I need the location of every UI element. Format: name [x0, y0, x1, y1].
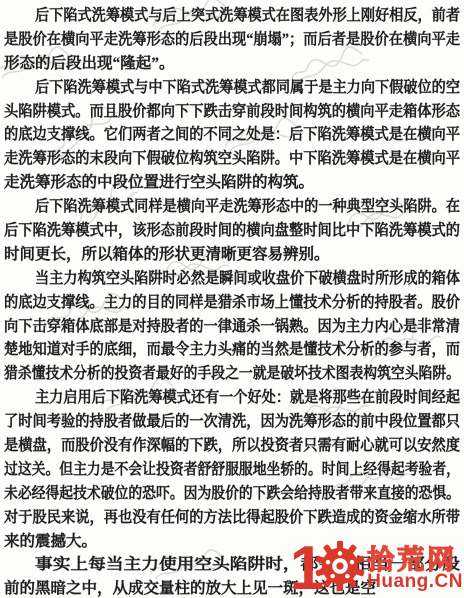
text-line: 向下击穿箱体底部是对持股者的一律通杀一锅熟。因为主力内心是非常清	[4, 315, 460, 339]
text-line: 猎杀懂技术分析的投资者最好的手段之一就是破坏技术图表构筑空头陷阱。	[4, 362, 460, 386]
text-line: 形态的后段出现“隆起”。	[4, 52, 460, 76]
paragraph: 主力启用后下陷洗筹模式还有一个好处：就是将那些在前段时间经起了时间考验的持股者做…	[4, 386, 460, 553]
gear-icon	[314, 540, 366, 597]
text-line: 主力启用后下陷洗筹模式还有一个好处：就是将那些在前段时间经起	[4, 386, 460, 410]
text-line: 的底边支撑线。它们两者之间的不同之处是：后下陷洗筹模式是在横向平	[4, 123, 460, 147]
paragraph: 后下陷式洗筹模式与后上突式洗筹模式在图表外形上刚好相反，前者是股价在横向平走洗筹…	[4, 4, 460, 76]
text-line: 后下陷式洗筹模式与后上突式洗筹模式在图表外形上刚好相反，前者	[4, 4, 460, 28]
text-line: 走洗筹形态的末段向下假破位构筑空头陷阱。中下陷洗筹模式是在横向平	[4, 147, 460, 171]
text-line: 的底边支撑线。主力的目的同样是猎杀市场上懂技术分析的持股者。股价	[4, 291, 460, 315]
text-line: 走洗筹形态的中段位置进行空头陷阱的构筑。	[4, 171, 460, 195]
text-line: 楚地知道对手的底细，而最令主力头痛的当然是懂技术分析的参与者，而	[4, 338, 460, 362]
paragraph: 后下陷洗筹模式同样是横向平走洗筹形态中的一种典型空头陷阱。在后下陷洗筹模式中，该…	[4, 195, 460, 267]
site-name: 拾荒网	[367, 546, 457, 574]
text-line: 是股价在横向平走洗筹形态的后段出现“崩塌”；而后者是股价在横向平走	[4, 28, 460, 52]
text-line: 头陷阱模式。而且股价都向下下跌击穿前段时间构筑的横向平走箱体形态	[4, 100, 460, 124]
text-line: 了时间考验的持股者做最后的一次清洗，因为洗筹形态的前中段位置都只	[4, 410, 460, 434]
text-line: 后下陷洗筹模式中，该形态前段时间的横向盘整时间比中下陷洗筹模式的	[4, 219, 460, 243]
text-line: 时间更长，所以箱体的形状更清晰更容易辨别。	[4, 243, 460, 267]
text-line: 过这关。但主力是不会让投资者舒舒服服地坐轿的。时间上经得起考验者，	[4, 458, 460, 482]
document-page: 后下陷式洗筹模式与后上突式洗筹模式在图表外形上刚好相反，前者是股价在横向平走洗筹…	[0, 0, 464, 598]
body-text: 后下陷式洗筹模式与后上突式洗筹模式在图表外形上刚好相反，前者是股价在横向平走洗筹…	[4, 4, 460, 598]
paragraph: 后下陷洗筹模式与中下陷式洗筹模式都同属于是主力向下假破位的空头陷阱模式。而且股价…	[4, 76, 460, 195]
paragraph: 当主力构筑空头陷阱时必然是瞬间或收盘价下破横盘时所形成的箱体的底边支撑线。主力的…	[4, 267, 460, 386]
text-line: 对于股民来说，再也没有任何的方法比得起股价下跌造成的资金缩水所带	[4, 506, 460, 530]
text-line: 是横盘，而股价没有作深幅的下跌，所以投资者只需有耐心就可以安然度	[4, 434, 460, 458]
text-line: 后下陷洗筹模式同样是横向平走洗筹形态中的一种典型空头陷阱。在	[4, 195, 460, 219]
site-domain: Huang.CN	[367, 572, 463, 592]
text-line: 当主力构筑空头陷阱时必然是瞬间或收盘价下破横盘时所形成的箱体	[4, 267, 460, 291]
text-line: 未必经得起技术破位的恐吓。因为股价的下跌会给持股者带来直接的恐惧。	[4, 482, 460, 506]
site-watermark: 1	[290, 540, 463, 597]
text-line: 后下陷洗筹模式与中下陷式洗筹模式都同属于是主力向下假破位的空	[4, 76, 460, 100]
